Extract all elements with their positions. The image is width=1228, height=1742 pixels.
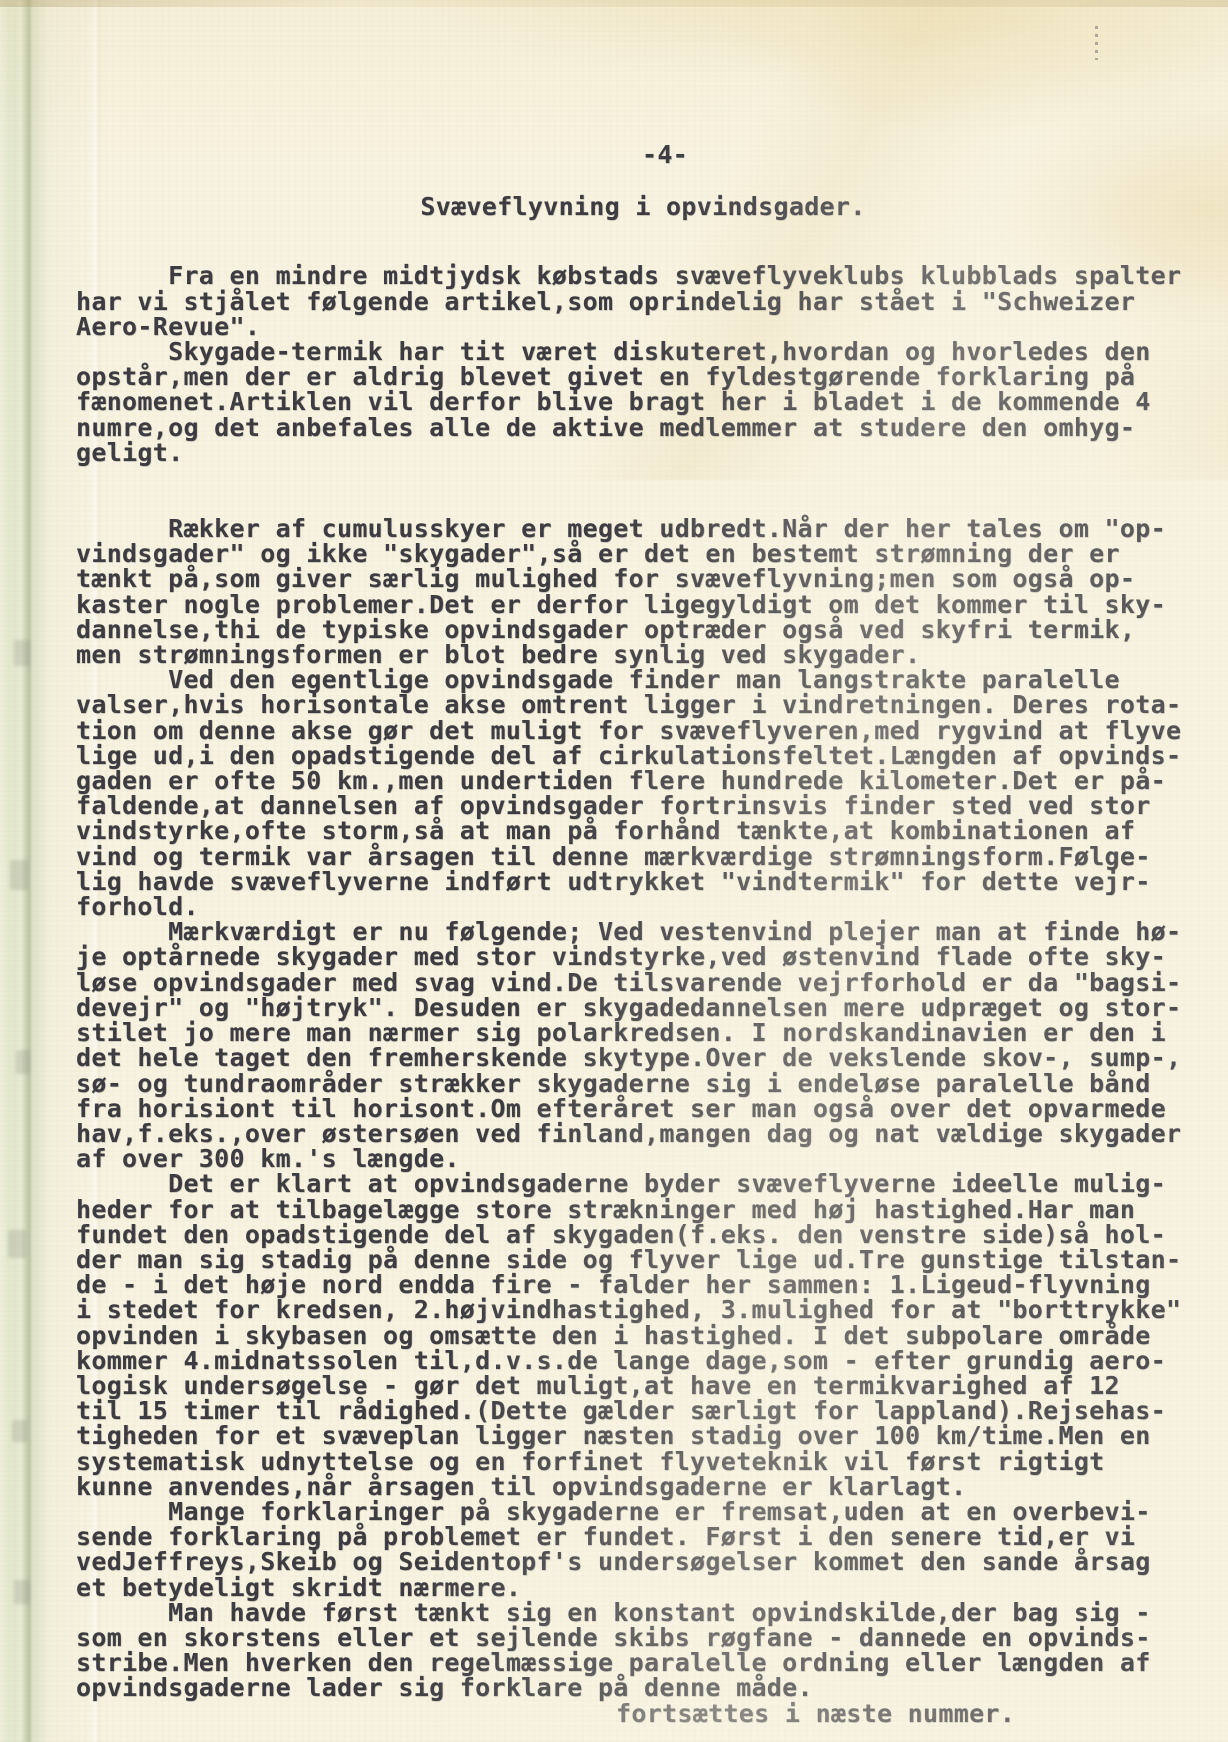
text-line: vindsgader" og ikke "skygader",så er det… [76,541,1176,566]
text-line: valser,hvis horisontale akse omtrent lig… [76,692,1176,717]
text-line: Man havde først tænkt sig en konstant op… [76,1600,1176,1625]
text-line: fra horisiont til horisont.Om efteråret … [76,1096,1176,1121]
text-line: Fra en mindre midtjydsk købstads svævefl… [76,263,1176,288]
text-line: Mange forklaringer på skygaderne er frem… [76,1499,1176,1524]
text-line: Rækker af cumulusskyer er meget udbredt.… [76,516,1176,541]
text-line: opstår,men der er aldrig blevet givet en… [76,364,1176,389]
text-line: Ved den egentlige opvindsgade finder man… [76,667,1176,692]
text-line: til 15 timer til rådighed.(Dette gælder … [76,1398,1176,1423]
bleed-through-mark [10,860,28,890]
text-line: kunne anvendes,når årsagen til opvindsga… [76,1474,1176,1499]
text-line: der man sig stadig på denne side og flyv… [76,1247,1176,1272]
text-line: heder for at tilbagelægge store stræknin… [76,1197,1176,1222]
continuation-note: fortsættes i næste nummer. [616,1701,1176,1726]
text-line: hav,f.eks.,over østersøen ved finland,ma… [76,1121,1176,1146]
text-line: Det er klart at opvindsgaderne byder svæ… [76,1171,1176,1196]
paragraph: Fra en mindre midtjydsk købstads svævefl… [76,263,1176,339]
paragraph: Man havde først tænkt sig en konstant op… [76,1600,1176,1701]
text-line: geligt. [76,440,1176,465]
document-title: Svæveflyvning i opvindsgader. [76,194,1176,219]
text-line: stilet jo mere man nærmer sig polarkreds… [76,1020,1176,1045]
document-body: Fra en mindre midtjydsk købstads svævefl… [76,263,1176,1700]
text-line: opvindsgaderne lader sig forklare på den… [76,1675,1176,1700]
paragraph: Mange forklaringer på skygaderne er frem… [76,1499,1176,1600]
text-line: et betydeligt skridt nærmere. [76,1575,1176,1600]
text-line: tion om denne akse gør det muligt for sv… [76,718,1176,743]
text-line: som en skorstens eller et sejlende skibs… [76,1625,1176,1650]
text-line: stribe.Men hverken den regelmæssige para… [76,1650,1176,1675]
text-line: devejr" og "højtryk". Desuden er skygade… [76,995,1176,1020]
text-line: logisk undersøgelse - gør det muligt,at … [76,1373,1176,1398]
text-line: løse opvindsgader med svag vind.De tilsv… [76,970,1176,995]
page-top-edge-shadow [0,0,1228,7]
bleed-through-mark [14,640,30,666]
text-line: det hele taget den fremherskende skytype… [76,1045,1176,1070]
paragraph: Ved den egentlige opvindsgade finder man… [76,667,1176,919]
text-line: kommer 4.midnatssolen til,d.v.s.de lange… [76,1348,1176,1373]
text-line: de - i det høje nord endda fire - falder… [76,1272,1176,1297]
text-line: numre,og det anbefales alle de aktive me… [76,415,1176,440]
ink-speck-mark [1095,26,1098,60]
text-line: tænkt på,som giver særlig mulighed for s… [76,566,1176,591]
text-line: sende forklaring på problemet er fundet.… [76,1524,1176,1549]
scanned-document-page: { "document": { "page_number": "-4-", "t… [0,0,1228,1742]
text-line: je optårnede skygader med stor vindstyrk… [76,944,1176,969]
text-line: Mærkværdigt er nu følgende; Ved vestenvi… [76,919,1176,944]
text-line: har vi stjålet følgende artikel,som opri… [76,289,1176,314]
text-line: vindstyrke,ofte storm,så at man på forhå… [76,818,1176,843]
bleed-through-mark [16,1050,30,1074]
text-line: kaster nogle problemer.Det er derfor lig… [76,592,1176,617]
paragraph: Mærkværdigt er nu følgende; Ved vestenvi… [76,919,1176,1171]
text-line: opvinden i skybasen og omsætte den i has… [76,1323,1176,1348]
text-line: fænomenet.Artiklen vil derfor blive brag… [76,389,1176,414]
text-line: gaden er ofte 50 km.,men undertiden fler… [76,768,1176,793]
bleed-through-mark [14,1580,30,1604]
text-line: forhold. [76,894,1176,919]
bleed-through-mark [8,1230,26,1258]
text-line: vind og termik var årsagen til denne mær… [76,844,1176,869]
text-line: lige ud,i den opadstigende del af cirkul… [76,743,1176,768]
paragraph: Det er klart at opvindsgaderne byder svæ… [76,1171,1176,1499]
text-line: systematisk udnyttelse og en forfinet fl… [76,1449,1176,1474]
paragraph: Rækker af cumulusskyer er meget udbredt.… [76,516,1176,667]
text-line: men strømningsformen er blot bedre synli… [76,642,1176,667]
page-number: -4- [76,142,1176,167]
bleed-through-mark [12,1420,27,1442]
text-line: tigheden for et svæveplan ligger næsten … [76,1423,1176,1448]
text-line: af over 300 km.'s længde. [76,1146,1176,1171]
text-line: faldende,at dannelsen af opvindsgader fo… [76,793,1176,818]
page-content: -4- Svæveflyvning i opvindsgader. Fra en… [76,142,1176,1726]
text-line: sø- og tundraområder strækker skygaderne… [76,1071,1176,1096]
text-line: dannelse,thi de typiske opvindsgader opt… [76,617,1176,642]
text-line: fundet den opadstigende del af skygaden(… [76,1222,1176,1247]
text-line: Skygade-termik har tit været diskuteret,… [76,339,1176,364]
text-line: vedJeffreys,Skeib og Seidentopf's unders… [76,1549,1176,1574]
text-line: i stedet for kredsen, 2.højvindhastighed… [76,1297,1176,1322]
paragraph: Skygade-termik har tit været diskuteret,… [76,339,1176,465]
text-line: lig havde svæveflyverne indført udtrykke… [76,869,1176,894]
text-line: Aero-Revue". [76,314,1176,339]
